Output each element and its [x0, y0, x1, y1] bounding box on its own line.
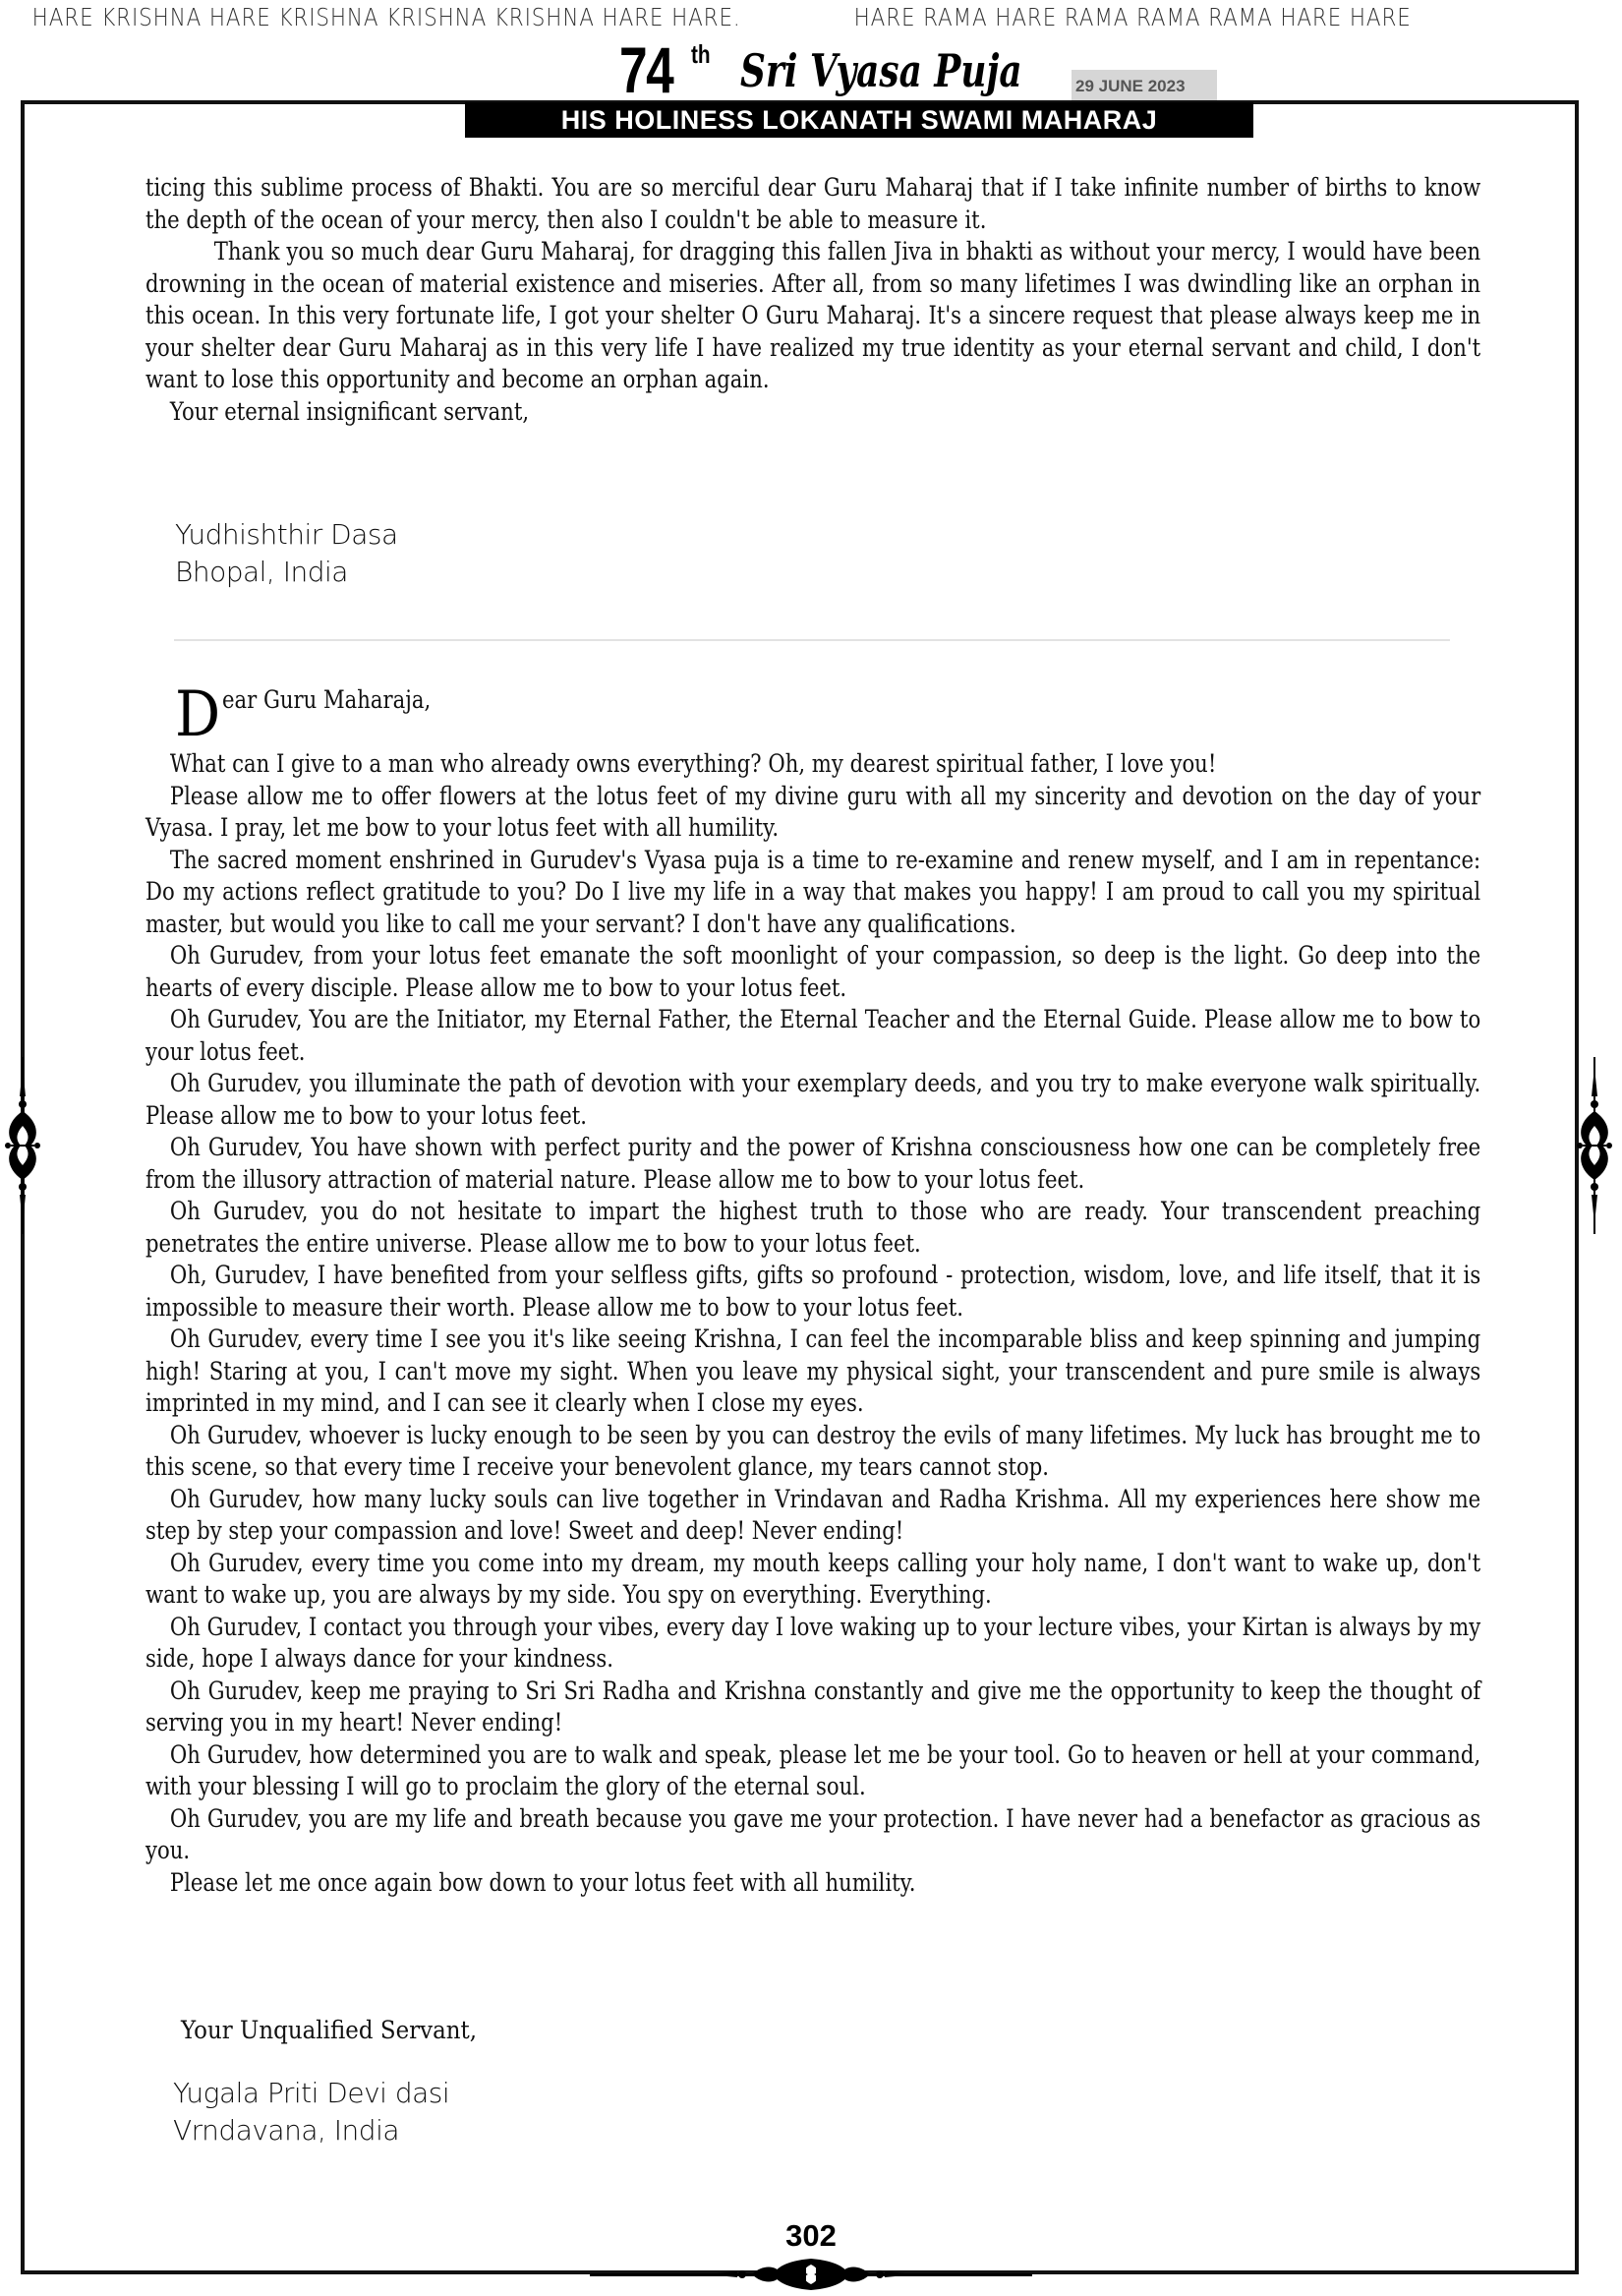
mantra-right: HARE RAMA HARE RAMA RAMA RAMA HARE HARE: [854, 3, 1412, 31]
title-number: 74: [619, 37, 672, 102]
title-text: Sri Vyasa Puja: [740, 41, 1022, 100]
letter2-paragraph: Oh Gurudev, from your lotus feet emanate…: [145, 940, 1480, 1004]
mantra-left: HARE KRISHNA HARE KRISHNA KRISHNA KRISHN…: [32, 3, 741, 31]
letter2-paragraph: What can I give to a man who already own…: [145, 748, 1480, 781]
letter2-paragraph: Oh Gurudev, how many lucky souls can liv…: [145, 1484, 1480, 1548]
letter2-paragraph: Oh Gurudev, You have shown with perfect …: [145, 1132, 1480, 1196]
letter2-paragraph: Oh Gurudev, how determined you are to wa…: [145, 1739, 1480, 1803]
salutation: ear Guru Maharaja,: [222, 685, 474, 715]
title-superscript: th: [691, 39, 711, 70]
signature-location: Bhopal, India: [175, 554, 398, 591]
letter2-signature: Yugala Priti Devi dasi Vrndavana, India: [173, 2075, 449, 2149]
ornament-left-icon: [3, 1057, 42, 1234]
signature-name: Yudhishthir Dasa: [175, 516, 398, 554]
letter-divider: [174, 639, 1450, 641]
letter2-paragraph: Oh, Gurudev, I have benefited from your …: [145, 1260, 1480, 1324]
letter1-closing: Your eternal insignificant servant,: [145, 396, 1480, 429]
footer-ornament-icon: [590, 2257, 1032, 2296]
letter2-paragraph: Oh Gurudev, whoever is lucky enough to b…: [145, 1420, 1480, 1484]
letter-1: ticing this sublime process of Bhakti. Y…: [145, 172, 1480, 428]
letter2-closing: Your Unqualified Servant,: [181, 2016, 510, 2045]
mantra-header: HARE KRISHNA HARE KRISHNA KRISHNA KRISHN…: [0, 0, 1395, 33]
letter2-paragraph: Oh Gurudev, every time you come into my …: [145, 1548, 1480, 1612]
letter2-paragraph: Oh Gurudev, you do not hesitate to impar…: [145, 1196, 1480, 1260]
signature-name: Yugala Priti Devi dasi: [173, 2075, 449, 2112]
letter1-signature: Yudhishthir Dasa Bhopal, India: [175, 516, 398, 591]
letter2-paragraph: The sacred moment enshrined in Gurudev's…: [145, 845, 1480, 941]
letter1-paragraph: Thank you so much dear Guru Maharaj, for…: [145, 236, 1480, 396]
letter2-paragraph: Please allow me to offer flowers at the …: [145, 781, 1480, 845]
page-number: 302: [0, 2220, 1622, 2252]
banner-title: HIS HOLINESS LOKANATH SWAMI MAHARAJ: [465, 102, 1253, 138]
letter2-paragraph: Oh Gurudev, You are the Initiator, my Et…: [145, 1004, 1480, 1068]
letter2-paragraph: Please let me once again bow down to you…: [145, 1867, 1480, 1900]
letter2-paragraph: Oh Gurudev, I contact you through your v…: [145, 1612, 1480, 1676]
ornament-right-icon: [1575, 1057, 1614, 1234]
date-badge: 29 JUNE 2023: [1072, 70, 1217, 103]
letter1-paragraph: ticing this sublime process of Bhakti. Y…: [145, 172, 1480, 236]
letter2-paragraph: Oh Gurudev, every time I see you it's li…: [145, 1324, 1480, 1420]
signature-location: Vrndavana, India: [173, 2112, 449, 2149]
letter2-paragraph: Oh Gurudev, keep me praying to Sri Sri R…: [145, 1676, 1480, 1739]
letter2-paragraph: Oh Gurudev, you illuminate the path of d…: [145, 1068, 1480, 1132]
drop-cap: D: [175, 683, 220, 746]
letter2-paragraph: Oh Gurudev, you are my life and breath b…: [145, 1803, 1480, 1867]
